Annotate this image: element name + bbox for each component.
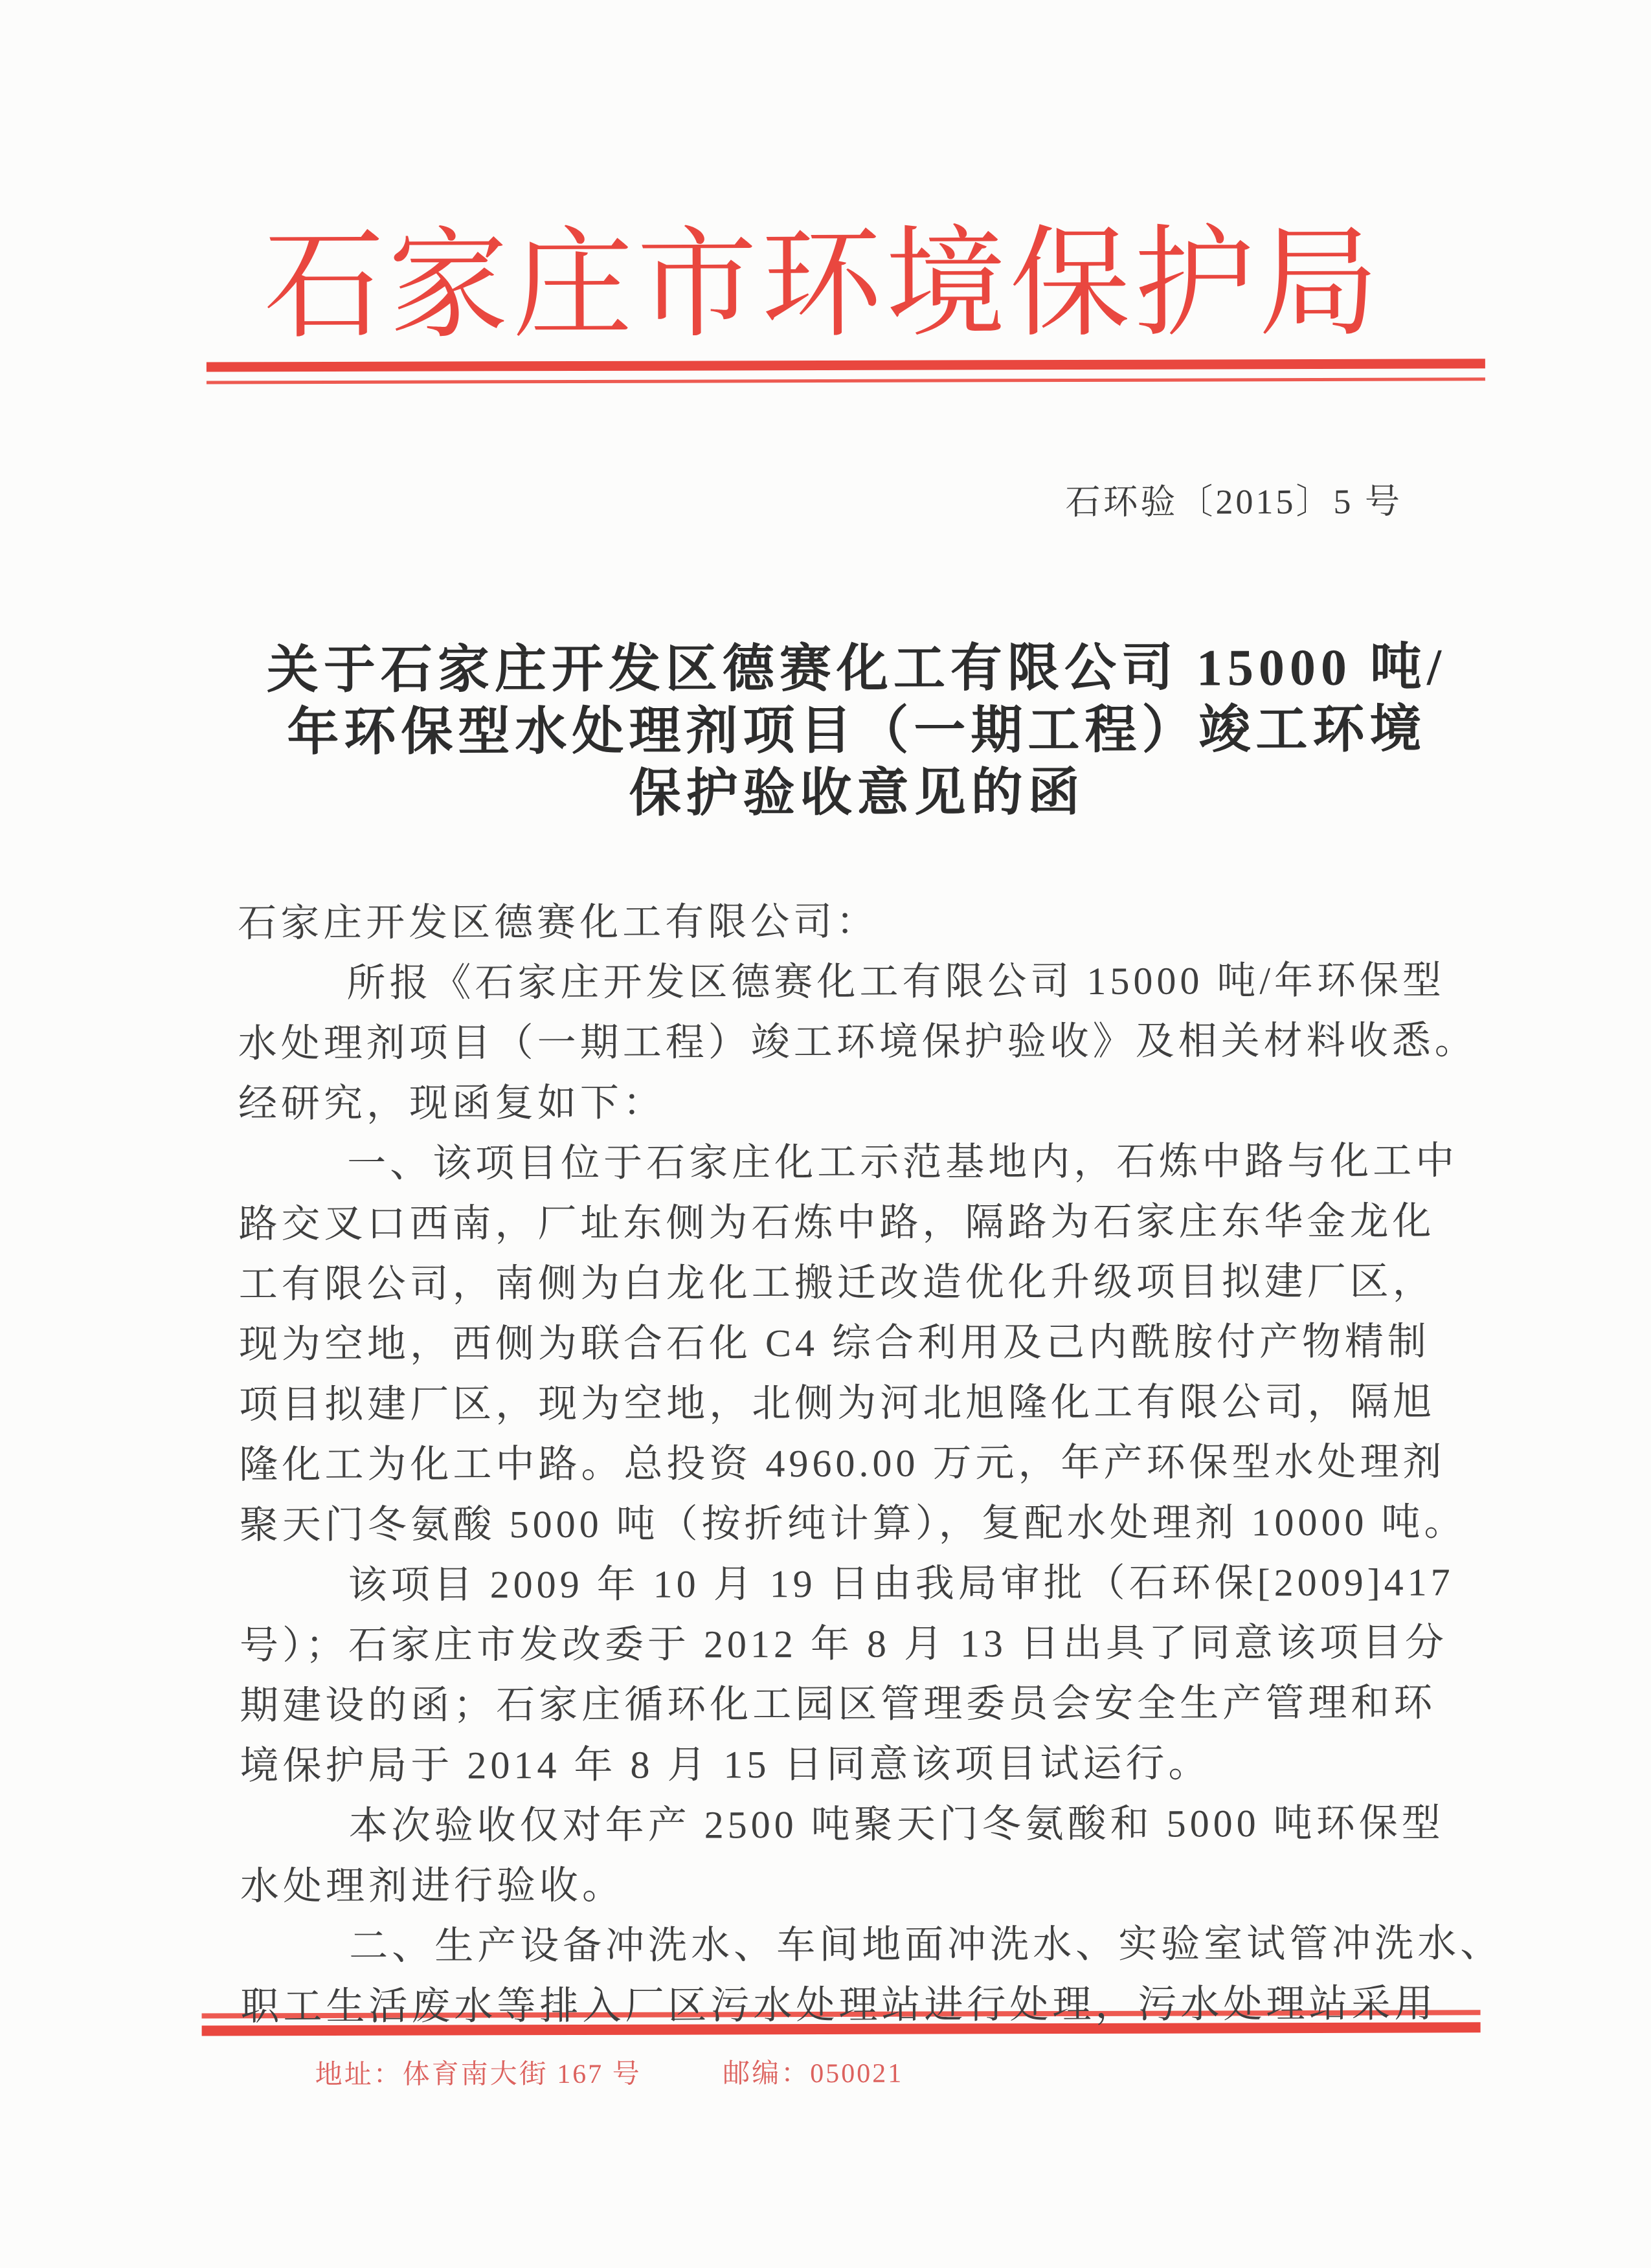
- body-line: 二、生产设备冲洗水、车间地面冲洗水、实验室试管冲洗水、: [240, 1913, 1464, 1977]
- scanned-letter-page: 石家庄市环境保护局 石环验〔2015〕5 号 关于石家庄开发区德赛化工有限公司 …: [0, 0, 1651, 2268]
- footer-address: 地址：体育南大街 167 号: [315, 2060, 642, 2090]
- body-line: 工有限公司，南侧为白龙化工搬迁改造优化升级项目拟建厂区，: [238, 1251, 1462, 1315]
- header-rule-thin: [207, 377, 1485, 384]
- letter-body: 石家庄开发区德赛化工有限公司： 所报《石家庄开发区德赛化工有限公司 15000 …: [238, 890, 1465, 2037]
- body-line: 该项目 2009 年 10 月 19 日由我局审批（石环保[2009]417: [240, 1552, 1463, 1616]
- letter-sheet: 石家庄市环境保护局 石环验〔2015〕5 号 关于石家庄开发区德赛化工有限公司 …: [0, 0, 1651, 2268]
- body-line: 隆化工为化工中路。总投资 4960.00 万元，年产环保型水处理剂: [239, 1432, 1463, 1495]
- body-line: 一、该项目位于石家庄化工示范基地内，石炼中路与化工中: [238, 1131, 1462, 1194]
- body-line: 聚天门冬氨酸 5000 吨（按折纯计算），复配水处理剂 10000 吨。: [239, 1492, 1463, 1555]
- agency-name-heading: 石家庄市环境保护局: [0, 223, 1649, 348]
- body-line-salutation: 石家庄开发区德赛化工有限公司：: [238, 890, 1461, 953]
- body-line: 路交叉口西南，厂址东侧为石炼中路，隔路为石家庄东华金龙化: [238, 1191, 1462, 1254]
- footer-postcode: 邮编：050021: [723, 2059, 903, 2089]
- document-number: 石环验〔2015〕5 号: [1065, 474, 1402, 524]
- title-line-3: 保护验收意见的函: [245, 761, 1469, 826]
- title-line-1: 关于石家庄开发区德赛化工有限公司 15000 吨/: [245, 636, 1468, 702]
- letter-title: 关于石家庄开发区德赛化工有限公司 15000 吨/ 年环保型水处理剂项目（一期工…: [245, 636, 1469, 826]
- body-line: 职工生活废水等排入厂区污水处理站进行处理，污水处理站采用: [240, 1973, 1464, 2037]
- header-rule-thick: [207, 359, 1485, 372]
- body-line: 本次验收仅对年产 2500 吨聚天门冬氨酸和 5000 吨环保型: [240, 1793, 1464, 1856]
- body-line: 号）；石家庄市发改委于 2012 年 8 月 13 日出具了同意该项目分: [240, 1612, 1463, 1676]
- body-line: 所报《石家庄开发区德赛化工有限公司 15000 吨/年环保型: [238, 950, 1461, 1014]
- body-line: 水处理剂项目（一期工程）竣工环境保护验收》及相关材料收悉。: [238, 1010, 1462, 1074]
- body-line: 现为空地，西侧为联合石化 C4 综合利用及己内酰胺付产物精制: [239, 1311, 1463, 1375]
- body-line: 项目拟建厂区，现为空地，北侧为河北旭隆化工有限公司，隔旭: [239, 1372, 1463, 1435]
- body-line: 经研究，现函复如下：: [238, 1071, 1462, 1134]
- body-line: 期建设的函；石家庄循环化工园区管理委员会安全生产管理和环: [240, 1673, 1463, 1736]
- title-line-2: 年环保型水处理剂项目（一期工程）竣工环境: [245, 698, 1468, 764]
- body-line: 境保护局于 2014 年 8 月 15 日同意该项目试运行。: [240, 1733, 1463, 1796]
- page-footer: 地址：体育南大街 167 号 邮编：050021: [315, 2052, 904, 2092]
- body-line: 水处理剂进行验收。: [240, 1853, 1464, 1917]
